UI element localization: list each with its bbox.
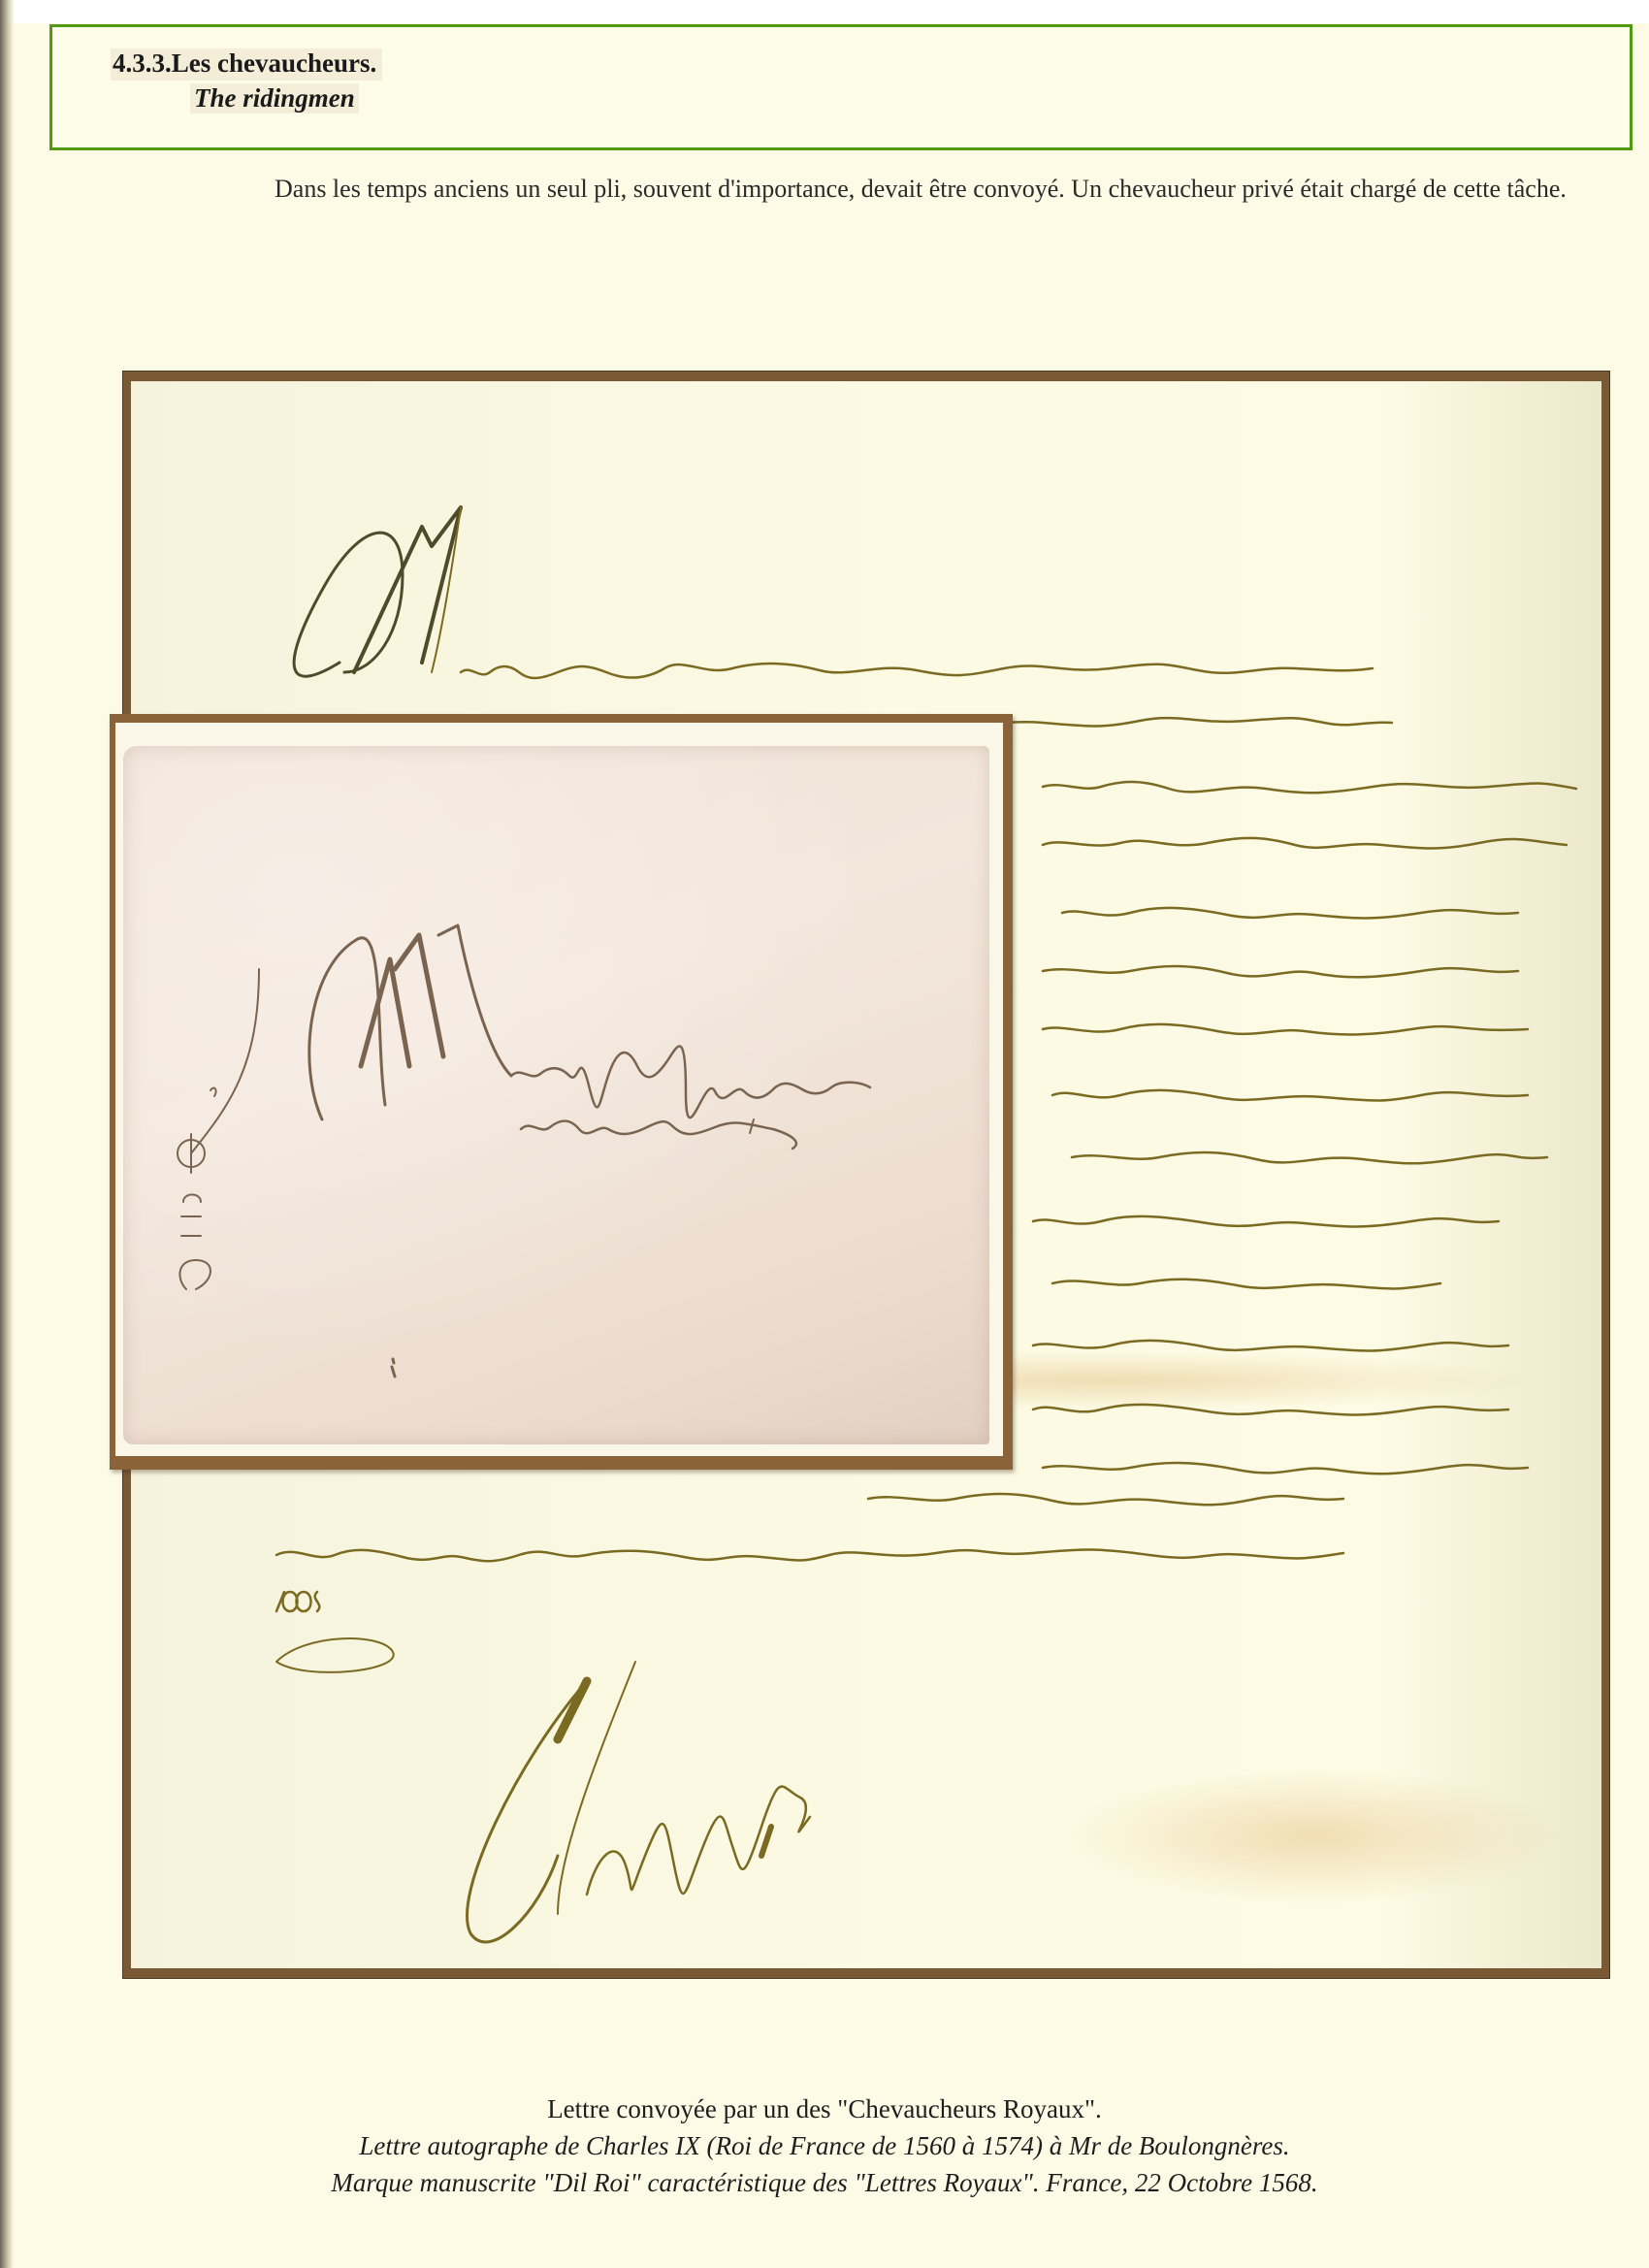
section-title: 4.3.3.Les chevaucheurs. bbox=[111, 49, 382, 81]
intro-paragraph: Dans les temps anciens un seul pli, souv… bbox=[275, 170, 1603, 209]
page-edge-shadow bbox=[0, 0, 14, 2268]
exhibit-caption: Lettre convoyée par un des "Chevaucheurs… bbox=[0, 2090, 1649, 2201]
envelope-mount bbox=[115, 723, 1003, 1456]
caption-line-1: Lettre convoyée par un des "Chevaucheurs… bbox=[0, 2090, 1649, 2127]
section-subtitle: The ridingmen bbox=[190, 83, 359, 113]
caption-line-3: Marque manuscrite "Dil Roi" caractéristi… bbox=[0, 2164, 1649, 2201]
caption-line-2: Lettre autographe de Charles IX (Roi de … bbox=[0, 2127, 1649, 2164]
section-header-box: 4.3.3.Les chevaucheurs. The ridingmen bbox=[49, 24, 1633, 150]
envelope-paper bbox=[123, 746, 989, 1444]
envelope-frame bbox=[110, 714, 1013, 1470]
page-top-margin bbox=[14, 0, 1649, 23]
envelope-address bbox=[123, 746, 989, 1435]
